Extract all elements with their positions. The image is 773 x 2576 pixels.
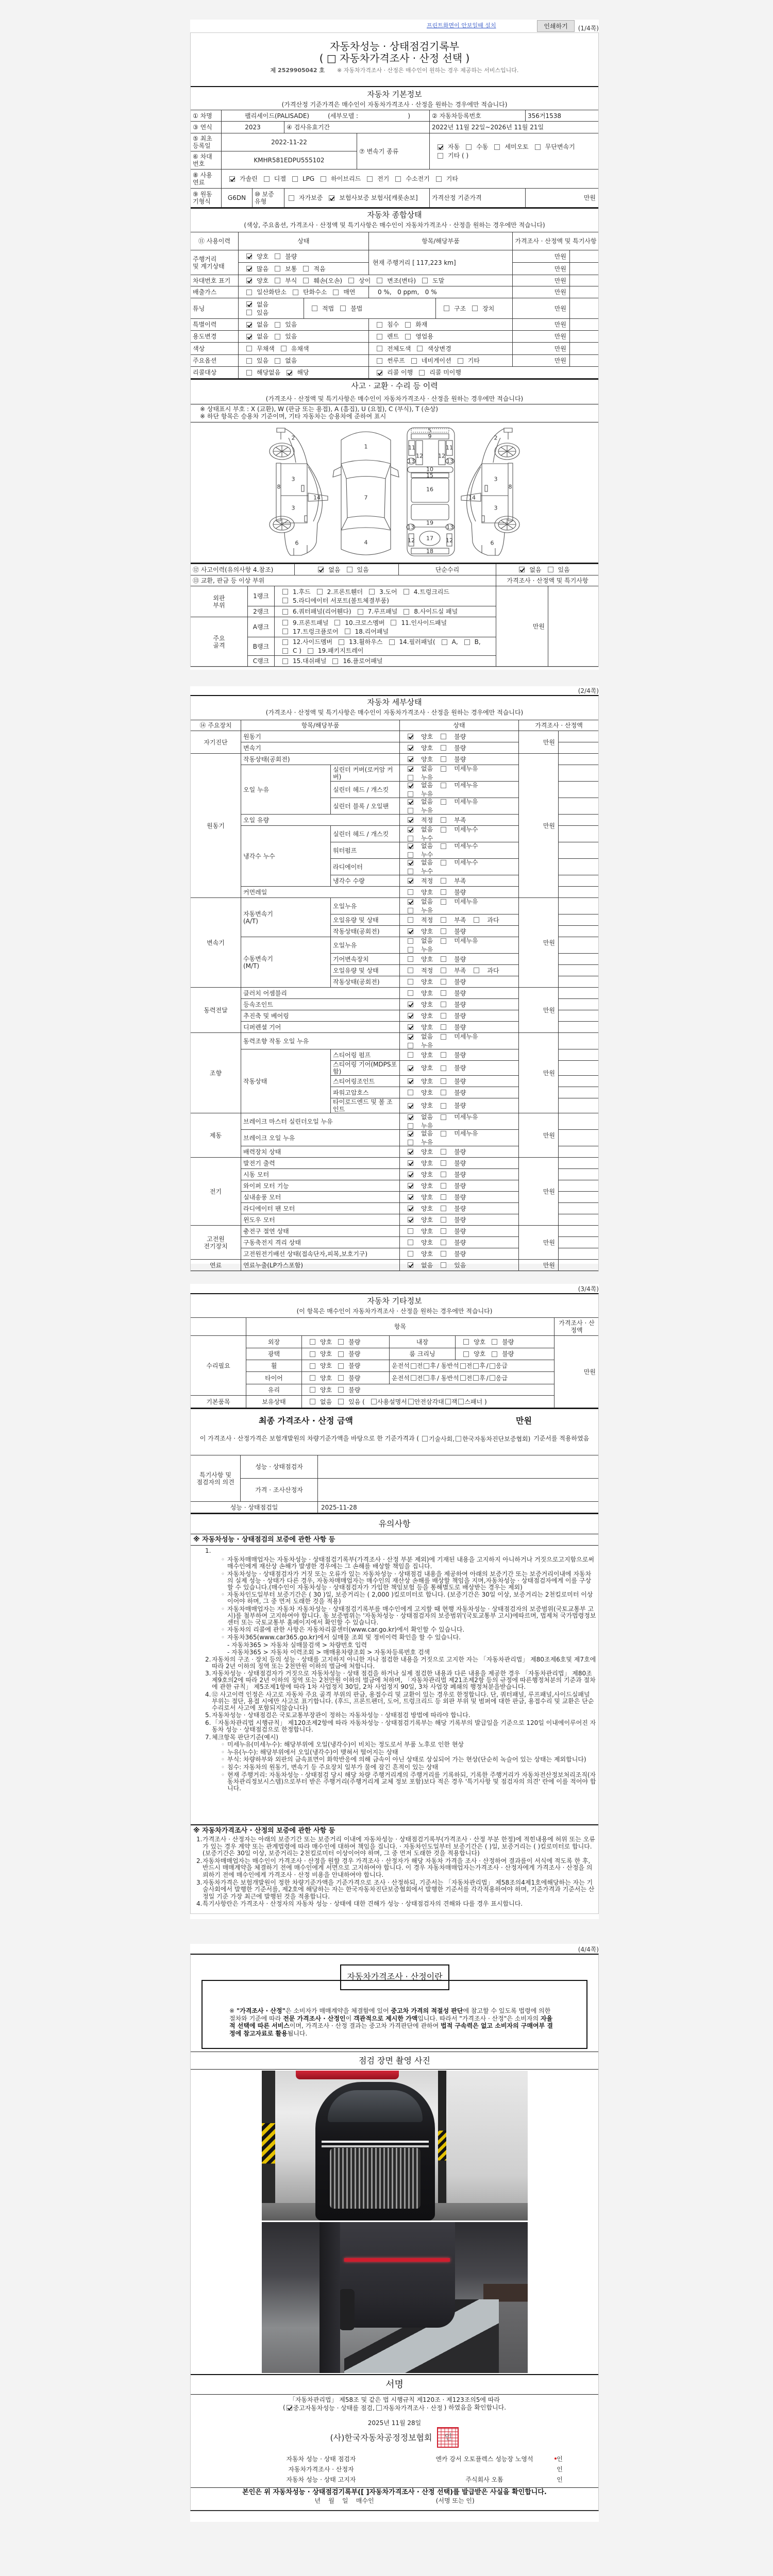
print-plugin-install-link[interactable]: 프린트화면이 안보일때 설치 bbox=[427, 22, 496, 29]
option: 부족 bbox=[441, 817, 466, 824]
item-label: 추진축 및 베어링 bbox=[241, 1010, 400, 1022]
confirmation-options: 중고자동차성능 · 상태를 점검,자동차가격조사 · 산정 bbox=[285, 2404, 444, 2412]
table-row: 휠 양호불량 운전석 전후 / 동반석 전후 / 응급 bbox=[191, 1360, 599, 1372]
checkbox-empty-icon bbox=[441, 1206, 446, 1211]
price-note bbox=[570, 319, 599, 331]
checkbox-empty-icon bbox=[310, 1339, 315, 1345]
price-note bbox=[559, 1169, 599, 1180]
note-item: 5.자동차성능 · 상태점검은 국토교통부장관이 정하는 자동차성능 · 상태점… bbox=[191, 1712, 598, 1719]
option: 잭 bbox=[445, 1398, 458, 1405]
option-label: 양호 bbox=[320, 1350, 332, 1358]
price-note bbox=[559, 1180, 599, 1192]
option-label: 불량 bbox=[454, 756, 466, 763]
part-number: 3 bbox=[494, 476, 498, 483]
sub-item-label: 작동상태(공회전) bbox=[331, 926, 400, 937]
note-bullet: 자동차매매업자는 자동차 자동차성능 · 상태점검기록부를 매수인에게 고지할 … bbox=[191, 1606, 598, 1626]
option-label: 불량 bbox=[454, 1182, 466, 1190]
note-sub-item: - 자동차365 > 자동차 실매물검색 > 차량번호 입력 bbox=[191, 1642, 598, 1649]
note-item: 6.「자동차관리법 시행규칙」 제120조제2항에 따라 자동차성능 · 상태점… bbox=[191, 1720, 598, 1733]
color-options: 무채색유채색 bbox=[241, 345, 366, 352]
option: 불량 bbox=[441, 928, 466, 935]
option-label: 양호 bbox=[421, 889, 433, 896]
buyer-confirmation-text: 본인은 위 자동차성능 · 상태점검기록부([ ]자동차가격조사 · 산정 선택… bbox=[191, 2488, 598, 2497]
checkbox-empty-icon bbox=[441, 1114, 446, 1120]
vin-marking-options: 양호부식훼손(오손)상이변조(변타)도말 bbox=[241, 277, 510, 284]
checkbox-empty-icon bbox=[441, 1024, 446, 1030]
state-cell: 양호불량 bbox=[400, 999, 519, 1010]
checkbox-checked-icon bbox=[229, 176, 235, 182]
option: 전 bbox=[460, 1375, 473, 1382]
checkbox-empty-icon bbox=[275, 358, 280, 364]
option-label: 후 bbox=[430, 1375, 436, 1382]
checkbox-empty-icon bbox=[408, 1052, 413, 1058]
option: 양호 bbox=[408, 756, 433, 763]
option-label: 불량 bbox=[454, 1148, 466, 1156]
checkbox-checked-icon bbox=[408, 817, 413, 823]
rank-a-parts: 9.프론트패널10.크로스멤버11.인사이드패널17.트렁크플로어18.리어패널 bbox=[277, 619, 494, 635]
wheel-position: 운전석 전후 / 동반석 전후 / 응급 bbox=[392, 1362, 552, 1369]
state-cell: 양호불량 bbox=[400, 742, 519, 754]
option: 2.프론트휀더 bbox=[317, 588, 363, 596]
option-label: 있음 bbox=[558, 566, 570, 573]
checkbox-empty-icon bbox=[460, 1363, 466, 1369]
appraisal-warranty-notes: 1.가격조사 · 산정자는 아래의 보증기간 또는 보증거리 이내에 자동차성능… bbox=[191, 1836, 598, 1913]
first-registration-date: 2022-11-22 bbox=[222, 133, 357, 151]
option-label: 있음 bbox=[454, 1262, 466, 1269]
checkbox-empty-icon bbox=[441, 1090, 446, 1095]
car-name: 팰리세이드(PALISADE) bbox=[245, 112, 309, 120]
checkbox-empty-icon bbox=[289, 195, 294, 201]
part-number: 4 bbox=[364, 539, 368, 546]
checkbox-empty-icon bbox=[376, 2405, 382, 2411]
inspection-date: 2025-11-28 bbox=[318, 1502, 599, 1513]
checkbox-empty-icon bbox=[441, 1149, 446, 1155]
column-header: ⑪ 사용이력 bbox=[191, 232, 239, 250]
record-page-3: 자동차 기타정보 (이 항목은 매수인이 자동차가격조사 · 산정을 원하는 경… bbox=[190, 1293, 599, 1914]
state-options: 없음미세누수누수 bbox=[402, 826, 516, 842]
price-unit: 만원 bbox=[496, 586, 548, 667]
state-cell: 없음있음 bbox=[295, 564, 399, 575]
option-label: 전기 bbox=[377, 175, 389, 182]
tire-options: 양호불량 bbox=[304, 1375, 387, 1382]
part-number: 8 bbox=[509, 484, 512, 490]
price-note bbox=[559, 782, 599, 798]
state-cell: 없음미세누유누유 bbox=[400, 798, 519, 815]
part-number: 13 bbox=[407, 524, 414, 531]
item-label: 오일 누유 bbox=[241, 765, 331, 815]
option-label: 기타 bbox=[446, 175, 458, 182]
price-unit: 만원 bbox=[513, 298, 570, 319]
option-label: 양호 bbox=[474, 1350, 485, 1358]
price-note bbox=[559, 1146, 599, 1158]
option: 있음 bbox=[246, 357, 268, 364]
option: 없음 bbox=[246, 333, 268, 340]
checkbox-empty-icon bbox=[456, 1436, 461, 1442]
price-note bbox=[559, 988, 599, 999]
checkbox-empty-icon bbox=[246, 358, 252, 364]
checkbox-checked-icon bbox=[408, 1262, 413, 1268]
document-title: 자동차성능 · 상태점검기록부 bbox=[191, 40, 598, 53]
option-label: 누유 bbox=[421, 1139, 433, 1146]
checkbox-empty-icon bbox=[458, 358, 463, 364]
part-number: 12 bbox=[438, 453, 445, 460]
checkbox-empty-icon bbox=[404, 609, 409, 615]
description-emphasis: "가격조사 · 산정" bbox=[237, 2007, 285, 2014]
option-label: 하이브리드 bbox=[331, 175, 361, 182]
engine-type: G6DN bbox=[222, 189, 253, 208]
option-label: 전 bbox=[417, 1375, 423, 1382]
checkbox-empty-icon bbox=[332, 658, 338, 664]
special-history-detail: 침수화재 bbox=[371, 321, 510, 328]
option: 불량 bbox=[441, 1239, 466, 1246]
option-label: 양호 bbox=[421, 733, 433, 740]
option: 불량 bbox=[441, 956, 466, 963]
room-cleaning-label: 룸 크리닝 bbox=[390, 1348, 456, 1360]
inspector-opinion-table: 특기사항 및 점검자의 의견 성능 · 상태점검자 가격 · 조사산정자 성능 … bbox=[190, 1455, 599, 1513]
option-label: 불량 bbox=[454, 744, 466, 752]
option: 양호 bbox=[408, 978, 433, 986]
option: 불량 bbox=[441, 1052, 466, 1059]
opinion-label: 특기사항 및 점검자의 의견 bbox=[191, 1455, 241, 1502]
option: 미세누수 bbox=[441, 859, 478, 866]
option: 양호 bbox=[463, 1338, 485, 1346]
state-cell: 없음미세누수누수 bbox=[400, 826, 519, 842]
option-label: 화재 bbox=[415, 321, 427, 328]
photo-lift-post bbox=[262, 2071, 275, 2221]
state-cell: 양호불량 bbox=[456, 1348, 554, 1360]
option: 누유 bbox=[408, 807, 433, 814]
rank-label: 2랭크 bbox=[248, 606, 275, 617]
state-cell: 양호불량 bbox=[400, 731, 519, 742]
checkbox-empty-icon bbox=[441, 1194, 446, 1200]
item-label: 시동 모터 bbox=[241, 1169, 400, 1180]
table-header-row: ⑭ 주요장치 항목/해당부품 상태 가격조사 · 산정액 bbox=[191, 720, 599, 731]
state-options: 양호불량 bbox=[402, 1064, 516, 1072]
state-cell: 적정부족 bbox=[400, 815, 519, 826]
option: 미세누유 bbox=[441, 1130, 478, 1137]
checkbox-checked-icon bbox=[408, 860, 413, 866]
option-label: 불량 bbox=[454, 928, 466, 935]
option: 양호 bbox=[408, 1194, 433, 1201]
state-cell: 적정부족 bbox=[400, 875, 519, 887]
option-label: 사용설명서 bbox=[377, 1398, 407, 1405]
option-label: 적정 bbox=[421, 967, 433, 974]
option: 적정 bbox=[408, 917, 433, 924]
option: 불량 bbox=[441, 1216, 466, 1224]
checkbox-empty-icon bbox=[339, 639, 344, 645]
option-label: 불량 bbox=[348, 1362, 360, 1369]
option: 17.트렁크플로어 bbox=[282, 628, 339, 635]
checkbox-checked-icon bbox=[408, 1002, 413, 1007]
option-label: 응급 bbox=[496, 1362, 508, 1369]
price-unit: 만원 bbox=[519, 898, 559, 988]
description-text: ※ bbox=[229, 2007, 237, 2014]
description-emphasis: 전문 가격조사 · 산정인 bbox=[283, 2015, 345, 2022]
option: 훼손(오손) bbox=[303, 277, 342, 284]
option-label: 후 bbox=[479, 1375, 485, 1382]
note-text: 자동차가격은 보험개발원이 정한 차량기준가액을 기준가격으로 조사 · 산정하… bbox=[203, 1879, 594, 1900]
notes-section-heading: ※ 자동차가격조사 · 산정의 보증에 관한 사항 등 bbox=[191, 1825, 598, 1836]
option: 양호 bbox=[408, 889, 433, 896]
state-options: 양호불량 bbox=[402, 1250, 516, 1258]
price-unit: 만원 bbox=[513, 343, 570, 355]
final-amount-unit: 만원 bbox=[516, 1409, 532, 1433]
state-cell: 없음미세누수누수 bbox=[400, 842, 519, 859]
option-label: 불량 bbox=[454, 990, 466, 997]
price-note bbox=[570, 263, 599, 275]
note-text: 가격조사 · 산정자는 아래의 보증기간 또는 보증거리 이내에 자동차성능 ·… bbox=[203, 1836, 595, 1857]
checkbox-empty-icon bbox=[338, 1399, 344, 1404]
option-label: 무단변속기 bbox=[545, 143, 575, 150]
checkbox-empty-icon bbox=[473, 1363, 479, 1369]
option: 불법 bbox=[340, 305, 362, 312]
price-note bbox=[559, 1203, 599, 1214]
option-label: 양호 bbox=[421, 756, 433, 763]
checkbox-empty-icon bbox=[424, 1363, 429, 1369]
wheel-options: 양호불량 bbox=[304, 1362, 387, 1369]
option: 변조(변타) bbox=[377, 277, 416, 284]
option-label: 17.트렁크플로어 bbox=[293, 628, 339, 635]
option-label: 있음 bbox=[257, 357, 268, 364]
option-label: 렌트 bbox=[387, 333, 399, 340]
note-text: 자동차의 구조 · 장치 등의 성능 · 상태를 고지하지 아니한 자나 점검한… bbox=[212, 1656, 596, 1670]
option-label: 있음 bbox=[285, 321, 297, 328]
section-note: (이 항목은 매수인이 자동차가격조사 · 산정을 원하는 경우에만 적습니다) bbox=[191, 1307, 598, 1315]
option: 전기 bbox=[367, 175, 389, 182]
option: 없음 bbox=[408, 1130, 433, 1137]
table-row: 원동기작동상태(공회전)양호불량만원 bbox=[191, 754, 599, 765]
description-emphasis: 중고차 가격의 적절성 판단 bbox=[391, 2007, 463, 2014]
issue-date: 2025년 11월 28일 bbox=[191, 2419, 598, 2427]
print-button[interactable]: 인쇄하기 bbox=[537, 20, 575, 32]
option: 없음 bbox=[310, 1398, 332, 1405]
option: 있음 bbox=[275, 321, 297, 328]
option-label: 불량 bbox=[348, 1386, 360, 1394]
option-label: 적법 bbox=[322, 305, 334, 312]
buyer-sign-line: 년 월 일 매수인(서명 또는 인) bbox=[191, 2497, 598, 2505]
device-group-label: 연료 bbox=[191, 1260, 241, 1271]
option: 양호 bbox=[408, 1250, 433, 1258]
option-label: 11.인사이드패널 bbox=[401, 619, 447, 626]
option: 미세누유 bbox=[441, 898, 478, 905]
option-label: 5.라디에이터 서포트(볼트체결부품) bbox=[293, 597, 389, 604]
glass-label: 유리 bbox=[246, 1384, 302, 1396]
option: 불량 bbox=[338, 1386, 360, 1394]
mileage-label: 주행거리 및 계기상태 bbox=[191, 250, 239, 275]
price-note bbox=[559, 954, 599, 965]
service-notice: ※ 자동차가격조사 · 산정은 매수인이 원하는 경우 제공하는 서비스입니다. bbox=[337, 67, 518, 74]
state-options: 양호불량 bbox=[402, 1205, 516, 1212]
checkbox-empty-icon bbox=[310, 1363, 315, 1369]
part-number: 19 bbox=[426, 520, 433, 527]
engine-type-label: ⑨ 원동 기형식 bbox=[191, 189, 222, 208]
price-note bbox=[559, 1010, 599, 1022]
table-row: 타이어 양호불량 운전석 전후 / 동반석 전후 / 응급 bbox=[191, 1372, 599, 1384]
option: 없음 bbox=[408, 782, 433, 789]
item-label: 커먼레일 bbox=[241, 887, 400, 898]
price-note bbox=[559, 826, 599, 842]
state-options: 적정부족 bbox=[402, 877, 516, 885]
checkbox-empty-icon bbox=[408, 1228, 413, 1234]
page-number: (4/4쪽) bbox=[578, 1946, 599, 1953]
checkbox-empty-icon bbox=[441, 827, 446, 833]
table-row: ⑨ 원동 기형식 G6DN ⑩ 보증 유형 자가보증보험사보증 보험사[캐롯손보… bbox=[191, 189, 599, 208]
state-cell: 양호불량 bbox=[400, 1248, 519, 1260]
checkbox-empty-icon bbox=[282, 629, 288, 634]
option-label: 불량 bbox=[454, 1194, 466, 1201]
photo-lift-post bbox=[320, 2222, 340, 2373]
option: 많음 bbox=[246, 265, 268, 273]
price-note bbox=[559, 815, 599, 826]
part-number: 15 bbox=[426, 472, 433, 479]
table-row: 광택 양호불량 룸 크리닝 양호불량 bbox=[191, 1348, 599, 1360]
item-label: 브레이크 마스터 실린더오일 누유 bbox=[241, 1113, 400, 1130]
record-number: 제 2529905042 호 bbox=[271, 67, 325, 74]
price-note bbox=[570, 343, 599, 355]
option: 없음 bbox=[408, 1262, 433, 1269]
passenger-side-options: 전후 bbox=[459, 1362, 486, 1369]
checkbox-checked-icon bbox=[408, 1034, 413, 1040]
transmission-options: 자동수동세미오토무단변속기기타 ( ) bbox=[432, 143, 597, 159]
state-cell: 양호불량 bbox=[400, 1087, 519, 1098]
holding-status: 없음있음 ( 사용설명서안전삼각대잭스패너 ) bbox=[304, 1398, 552, 1405]
state-cell: 적정부족과다 bbox=[400, 914, 519, 926]
option-label: 없음 bbox=[421, 842, 433, 850]
price-unit: 만원 bbox=[513, 250, 570, 263]
inspector-opinion bbox=[318, 1455, 599, 1479]
description-emphasis: 객관적으로 제시한 가액 bbox=[354, 2015, 417, 2022]
option-label: 불량 bbox=[454, 733, 466, 740]
option-label: 없음 bbox=[257, 321, 268, 328]
detail-condition-header: 자동차 세부상태 (가격조사 · 산정액 및 특기사항은 매수인이 자동차가격조… bbox=[191, 696, 598, 720]
option: 응급 bbox=[490, 1375, 508, 1382]
model-year-label: ③ 연식 bbox=[191, 122, 222, 133]
top-view bbox=[333, 432, 399, 555]
option-label: 부족 bbox=[454, 967, 466, 974]
state-options: 양호불량 bbox=[402, 1102, 516, 1109]
note-number: 7. bbox=[205, 1734, 211, 1741]
item-label: 브레이크 오일 누유 bbox=[241, 1130, 400, 1146]
option-label: 전 bbox=[417, 1362, 423, 1369]
state-cell: 없음있음 bbox=[239, 331, 369, 343]
note-number: 2. bbox=[196, 1858, 202, 1865]
price-unit: 만원 bbox=[513, 286, 570, 298]
signer-row: 자동차가격조사 · 산정자 인 bbox=[191, 2464, 598, 2475]
checkbox-empty-icon bbox=[411, 1375, 416, 1381]
price-note bbox=[548, 586, 599, 667]
checkbox-empty-icon bbox=[441, 899, 446, 905]
warranty-type-label: ⑩ 보증 유형 bbox=[253, 189, 284, 208]
state-options: 양호불량 bbox=[402, 1078, 516, 1085]
checkbox-empty-icon bbox=[474, 917, 479, 923]
table-row: 주요옵션 있음없음 썬루프네비게이션기타 만원 bbox=[191, 355, 599, 367]
price-note bbox=[570, 355, 599, 367]
driver-seat-label: 운전석 bbox=[392, 1375, 410, 1382]
rank-b-parts: 12.사이드멤버13.휠하우스14.필러패널(A,B,C )19.패키지트레이 bbox=[277, 638, 494, 654]
option: 없음 bbox=[408, 1113, 433, 1121]
note-text: 체크항목 판단기준(예시) bbox=[212, 1734, 278, 1741]
price-note bbox=[559, 1113, 599, 1130]
option: 있음 bbox=[246, 309, 268, 316]
option-label: 양호 bbox=[421, 990, 433, 997]
final-appraisal-amount: 최종 가격조사 · 산정 금액 만원 bbox=[191, 1409, 598, 1433]
section-title: 자동차 세부상태 bbox=[191, 696, 598, 708]
option-label: LPG bbox=[303, 175, 314, 182]
option-label: 양호 bbox=[421, 744, 433, 752]
option: 양호 bbox=[408, 1205, 433, 1212]
state-cell: 많음보통적음 bbox=[239, 263, 369, 275]
state-cell: 없음미세누수누수 bbox=[400, 859, 519, 875]
note-number: 2. bbox=[205, 1656, 211, 1663]
signer-role: 자동차가격조사 · 산정자 bbox=[278, 2464, 364, 2475]
state-options: 없음미세누유누유 bbox=[402, 765, 516, 781]
state-cell: 양호불량 bbox=[400, 988, 519, 999]
option: 후 bbox=[473, 1375, 485, 1382]
price-note bbox=[559, 1033, 599, 1049]
option: 렌트 bbox=[377, 333, 399, 340]
other-info-header: 자동차 기타정보 (이 항목은 매수인이 자동차가격조사 · 산정을 원하는 경… bbox=[191, 1294, 598, 1317]
price-appraisal-info-title: 자동차가격조사 · 산정이란 bbox=[340, 1964, 449, 1990]
checkbox-empty-icon bbox=[441, 817, 446, 823]
car-name-cell: 팰리세이드(PALISADE) (세부모델 : ) bbox=[222, 110, 430, 122]
fuel-cell: 가솔린디젤LPG하이브리드전기수소전기기타 bbox=[222, 170, 599, 189]
device-group-label: 조향 bbox=[191, 1033, 241, 1113]
option: 불량 bbox=[441, 1012, 466, 1020]
inspection-warranty-notes: 1. 자동차매매업자는 자동차성능 · 상태점검기록부(가격조사 · 산정 부분… bbox=[191, 1546, 598, 1824]
option-label: 세미오토 bbox=[505, 143, 528, 150]
option: 부족 bbox=[441, 877, 466, 885]
note-bullet: 누유(누수): 해당부위에서 오일(냉각수)이 맺혀서 떨어지는 상태 bbox=[191, 1749, 598, 1756]
state-cell: 양호불량 bbox=[456, 1336, 554, 1348]
option-label: 가솔린 bbox=[240, 175, 258, 182]
option-label: 양호 bbox=[421, 1064, 433, 1072]
option-label: 상이 bbox=[359, 277, 371, 284]
color-label: 색상 bbox=[191, 343, 239, 355]
option: 없음 bbox=[246, 321, 268, 328]
option-label: 한국자동차진단보증협회) bbox=[462, 1435, 530, 1443]
table-row: 가격 · 조사산정자 bbox=[191, 1479, 599, 1502]
option: 중고자동차성능 · 상태를 점검, bbox=[287, 2404, 375, 2412]
base-price-label: 가격산정 기준가격 bbox=[430, 189, 526, 208]
signer-role: 자동차 성능 · 상태 고지자 bbox=[278, 2475, 364, 2485]
option: 불량 bbox=[441, 1064, 466, 1072]
option: 불량 bbox=[492, 1338, 514, 1346]
option-label: 양호 bbox=[421, 1102, 433, 1109]
state-cell: 양호불량 bbox=[302, 1372, 390, 1384]
checkbox-checked-icon bbox=[287, 370, 292, 376]
option: 부족 bbox=[441, 967, 466, 974]
column-header: 상태 bbox=[400, 720, 519, 731]
state-cell: 없음미세누유누유 bbox=[400, 1130, 519, 1146]
checkbox-empty-icon bbox=[441, 917, 446, 923]
option-label: 양호 bbox=[421, 1250, 433, 1258]
option-label: 리콜 미이행 bbox=[429, 369, 461, 376]
checkbox-empty-icon bbox=[282, 589, 288, 595]
option: 불량 bbox=[441, 1001, 466, 1008]
option-label: 양호 bbox=[421, 1148, 433, 1156]
checkbox-empty-icon bbox=[282, 658, 288, 664]
part-number: 6 bbox=[491, 540, 494, 547]
option: 유채색 bbox=[281, 345, 309, 352]
checkbox-empty-icon bbox=[424, 1375, 429, 1381]
notes-title: 유의사항 bbox=[191, 1514, 598, 1534]
checkbox-empty-icon bbox=[408, 1399, 414, 1404]
state-options: 없음미세누수누수 bbox=[402, 859, 516, 875]
checkbox-checked-icon bbox=[408, 1013, 413, 1019]
state-cell: 없음미세누유누유 bbox=[400, 937, 519, 954]
option-label: 1.후드 bbox=[293, 588, 311, 596]
parts-cell: 15.대쉬패널16.플로어패널 bbox=[275, 656, 496, 667]
